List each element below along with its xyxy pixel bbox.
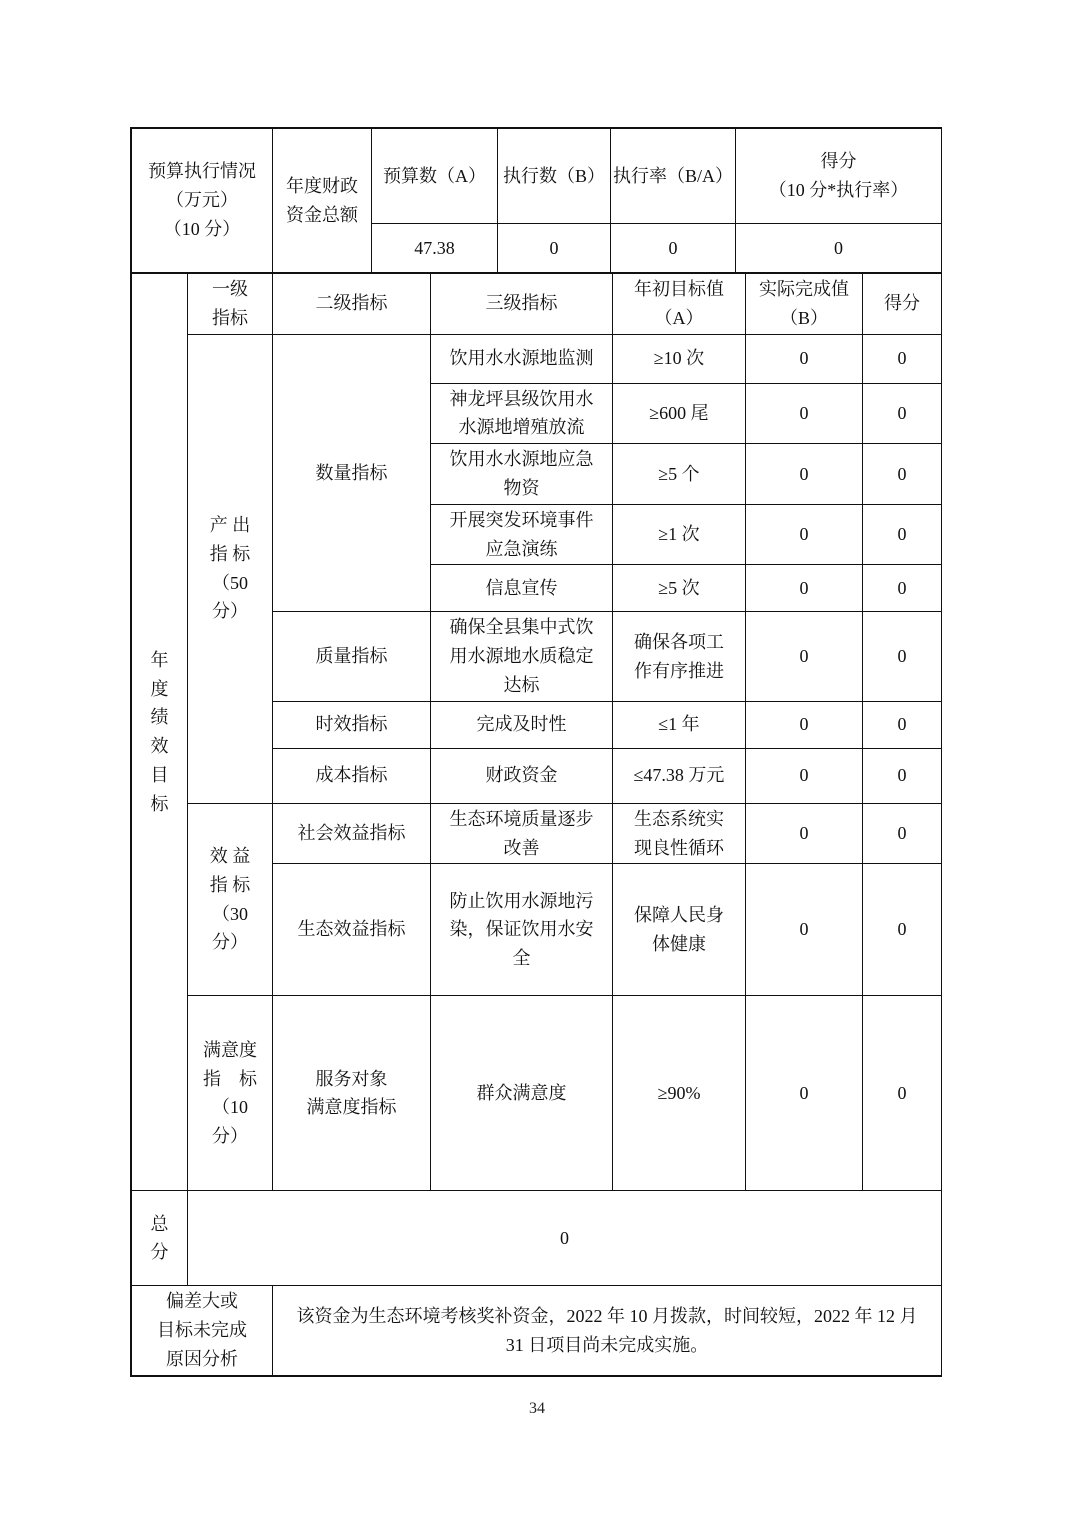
level3-indicator: 饮用水水源地应急 物资 [431,444,613,505]
total-score-value: 0 [188,1191,942,1286]
annual-fund-total-label: 年度财政 资金总额 [273,129,372,273]
level1-satisfaction-indicator: 满意度 指 标 （10 分） [188,996,273,1191]
total-score-row: 总 分 0 [132,1191,942,1286]
score-cell: 0 [863,444,942,505]
budget-amount-value: 47.38 [372,224,498,273]
exec-amount-value: 0 [498,224,611,273]
page-number: 34 [0,1400,1074,1418]
level1-output-indicator: 产 出 指 标 （50 分） [188,334,273,803]
indicator-header-row: 年 度 绩 效 目 标 一级 指标 二级指标 三级指标 年初目标值 （A） 实际… [132,274,942,335]
actual-cell: 0 [746,748,863,803]
col-header-budget-a: 预算数（A） [372,129,498,224]
col-header-level3: 三级指标 [431,274,613,335]
actual-cell: 0 [746,565,863,612]
budget-execution-table: 预算执行情况 （万元） （10 分） 年度财政 资金总额 预算数（A） 执行数（… [131,128,942,273]
col-header-score: 得分 [863,274,942,335]
budget-section-label: 预算执行情况 （万元） （10 分） [132,129,273,273]
actual-cell: 0 [746,444,863,505]
level3-indicator: 开展突发环境事件 应急演练 [431,504,613,565]
score-cell: 0 [863,383,942,444]
annual-performance-table: 年 度 绩 效 目 标 一级 指标 二级指标 三级指标 年初目标值 （A） 实际… [131,273,942,1376]
level2-eco-benefit-indicator: 生态效益指标 [273,864,431,996]
target-cell: 保障人民身 体健康 [613,864,746,996]
col-header-initial-target: 年初目标值 （A） [613,274,746,335]
side-label-annual-performance-target: 年 度 绩 效 目 标 [132,274,188,1191]
performance-evaluation-table: 预算执行情况 （万元） （10 分） 年度财政 资金总额 预算数（A） 执行数（… [130,127,942,1377]
col-header-level1: 一级 指标 [188,274,273,335]
actual-cell: 0 [746,383,863,444]
target-cell: 确保各项工 作有序推进 [613,612,746,701]
score-value: 0 [736,224,942,273]
col-header-level2: 二级指标 [273,274,431,335]
score-cell: 0 [863,996,942,1191]
indicator-row: 效 益 指 标 （30 分） 社会效益指标 生态环境质量逐步 改善 生态系统实 … [132,803,942,864]
target-cell: ≥5 次 [613,565,746,612]
score-cell: 0 [863,803,942,864]
score-cell: 0 [863,334,942,383]
total-score-label: 总 分 [132,1191,188,1286]
actual-cell: 0 [746,612,863,701]
level3-indicator: 防止饮用水源地污 染，保证饮用水安 全 [431,864,613,996]
target-cell: ≥1 次 [613,504,746,565]
level3-indicator: 信息宣传 [431,565,613,612]
target-cell: ≥90% [613,996,746,1191]
actual-cell: 0 [746,996,863,1191]
score-cell: 0 [863,504,942,565]
budget-header-row: 预算执行情况 （万元） （10 分） 年度财政 资金总额 预算数（A） 执行数（… [132,129,942,224]
col-header-score: 得分 （10 分*执行率） [736,129,942,224]
level3-indicator: 饮用水水源地监测 [431,334,613,383]
level3-indicator: 完成及时性 [431,701,613,748]
score-cell: 0 [863,701,942,748]
level2-cost-indicator: 成本指标 [273,748,431,803]
actual-cell: 0 [746,864,863,996]
level2-timeliness-indicator: 时效指标 [273,701,431,748]
actual-cell: 0 [746,334,863,383]
score-cell: 0 [863,565,942,612]
actual-cell: 0 [746,701,863,748]
level2-quality-indicator: 质量指标 [273,612,431,701]
actual-cell: 0 [746,504,863,565]
score-cell: 0 [863,748,942,803]
level2-quantity-indicator: 数量指标 [273,334,431,612]
level2-social-benefit-indicator: 社会效益指标 [273,803,431,864]
document-page: 预算执行情况 （万元） （10 分） 年度财政 资金总额 预算数（A） 执行数（… [0,0,1074,1520]
indicator-row: 满意度 指 标 （10 分） 服务对象 满意度指标 群众满意度 ≥90% 0 0 [132,996,942,1191]
target-cell: ≥10 次 [613,334,746,383]
level1-benefit-indicator: 效 益 指 标 （30 分） [188,803,273,996]
level3-indicator: 确保全县集中式饮 用水源地水质稳定 达标 [431,612,613,701]
score-cell: 0 [863,612,942,701]
target-cell: ≥600 尾 [613,383,746,444]
level2-service-satisfaction-indicator: 服务对象 满意度指标 [273,996,431,1191]
level3-indicator: 神龙坪县级饮用水 水源地增殖放流 [431,383,613,444]
deviation-analysis-text: 该资金为生态环境考核奖补资金，2022 年 10 月拨款，时间较短，2022 年… [273,1286,942,1375]
score-cell: 0 [863,864,942,996]
target-cell: ≥5 个 [613,444,746,505]
target-cell: ≤47.38 万元 [613,748,746,803]
target-cell: 生态系统实 现良性循环 [613,803,746,864]
level3-indicator: 生态环境质量逐步 改善 [431,803,613,864]
indicator-row: 产 出 指 标 （50 分） 数量指标 饮用水水源地监测 ≥10 次 0 0 [132,334,942,383]
col-header-actual-value: 实际完成值 （B） [746,274,863,335]
col-header-rate-ba: 执行率（B/A） [611,129,736,224]
level3-indicator: 财政资金 [431,748,613,803]
actual-cell: 0 [746,803,863,864]
col-header-exec-b: 执行数（B） [498,129,611,224]
deviation-analysis-label: 偏差大或 目标未完成 原因分析 [132,1286,273,1375]
deviation-analysis-row: 偏差大或 目标未完成 原因分析 该资金为生态环境考核奖补资金，2022 年 10… [132,1286,942,1375]
target-cell: ≤1 年 [613,701,746,748]
exec-rate-value: 0 [611,224,736,273]
level3-indicator: 群众满意度 [431,996,613,1191]
